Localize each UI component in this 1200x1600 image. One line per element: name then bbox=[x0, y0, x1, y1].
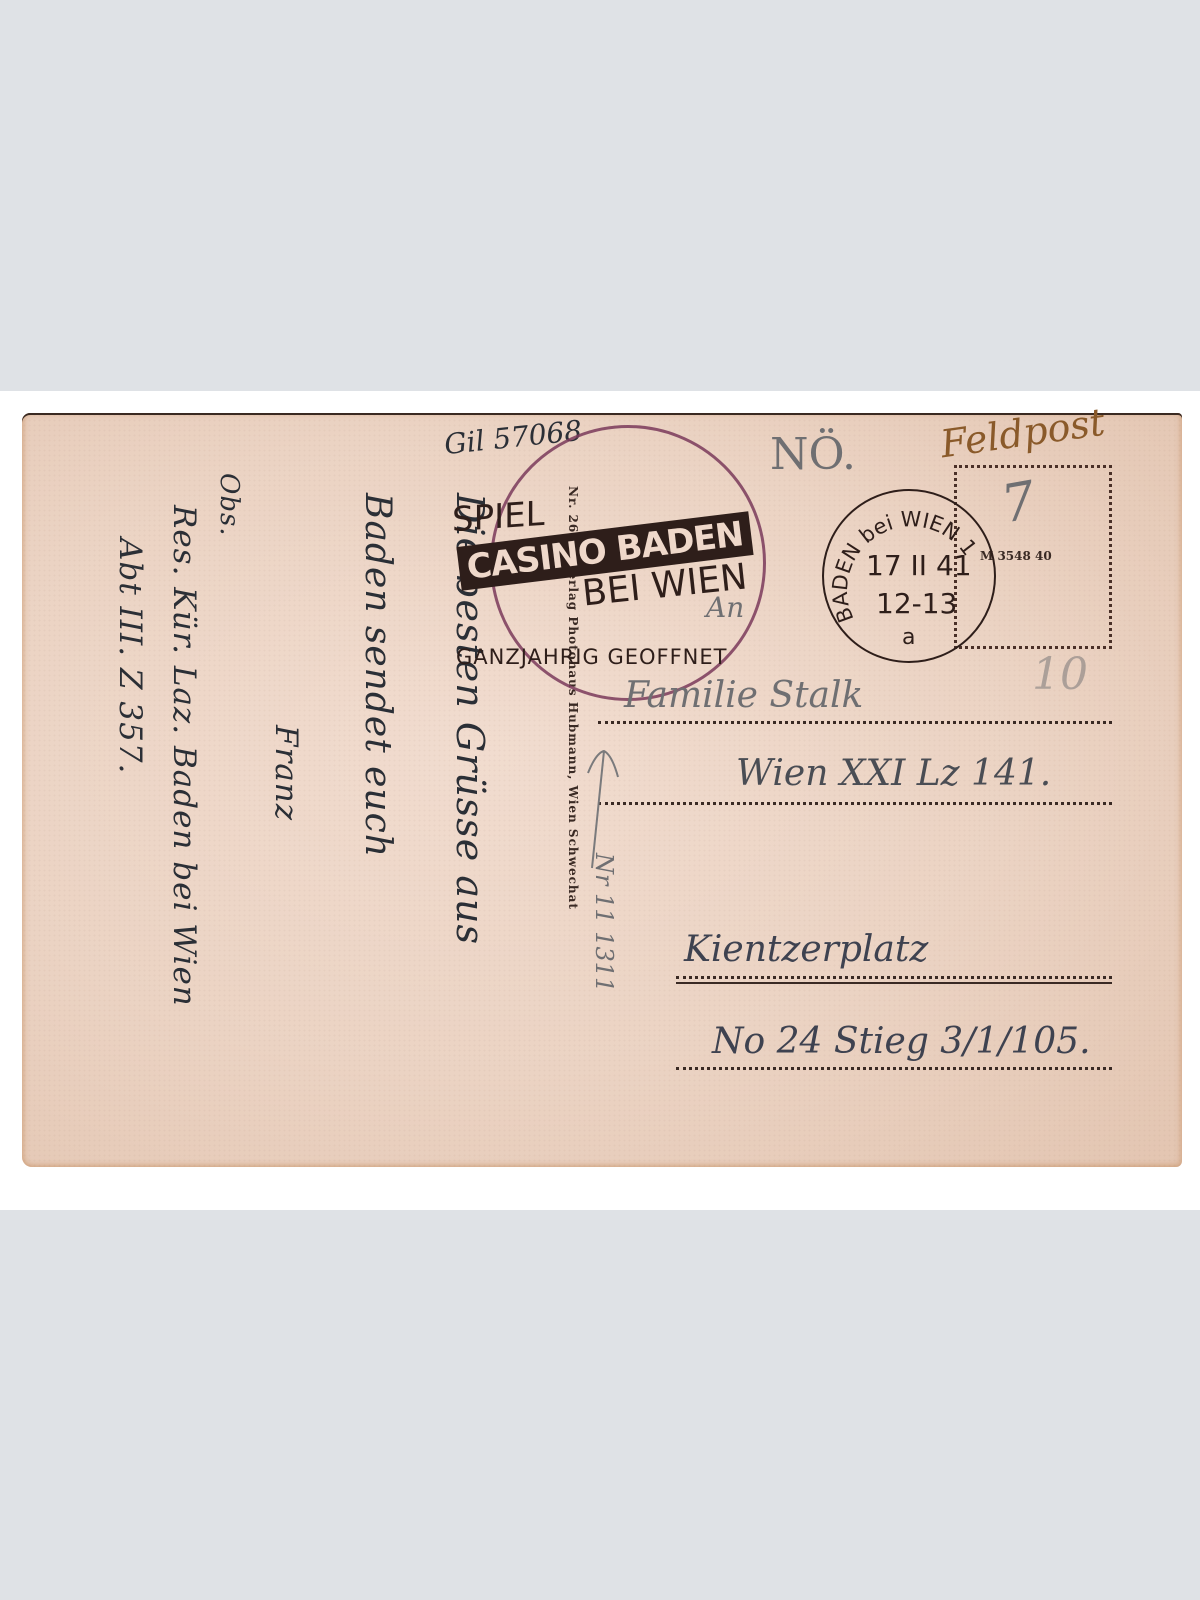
postmark-letter: a bbox=[902, 625, 915, 650]
pencil-mark: 10 bbox=[1032, 649, 1088, 700]
postmark-time: 12-13 bbox=[876, 587, 957, 620]
message-line-2: Baden sendet euch bbox=[357, 493, 398, 858]
message-signature: Franz bbox=[268, 725, 304, 821]
publisher-handwritten-number: Nr 11 1311 bbox=[590, 853, 618, 992]
address-rule-3-underline bbox=[676, 982, 1112, 984]
address-line-4: No 24 Stieg 3/1/105. bbox=[712, 1021, 1091, 1062]
postmark: BADEN bei WIEN 1 17 II 41 12-13 a bbox=[822, 489, 996, 663]
sender-line-1: Res. Kür. Laz. Baden bei Wien bbox=[166, 505, 202, 1007]
postcard: Obs. Res. Kür. Laz. Baden bei Wien Abt I… bbox=[22, 413, 1182, 1167]
address-rule-2 bbox=[598, 802, 1112, 805]
address-salutation: An bbox=[706, 591, 744, 624]
address-rule-3 bbox=[676, 976, 1112, 979]
route-note: NÖ. bbox=[770, 429, 856, 480]
slogan-open-all-year: GANZJAHRIG GEOFFNET bbox=[456, 645, 727, 669]
sender-prefix: Obs. bbox=[214, 473, 244, 537]
address-line-1: Familie Stalk bbox=[624, 675, 863, 716]
postmark-date: 17 II 41 bbox=[866, 549, 972, 582]
sender-line-2: Abt III. Z 357. bbox=[112, 538, 148, 774]
pencil-arrow-icon bbox=[584, 743, 624, 873]
address-line-3: Kientzerplatz bbox=[684, 929, 928, 970]
address-line-2: Wien XXI Lz 141. bbox=[736, 753, 1051, 794]
address-rule-4 bbox=[676, 1067, 1112, 1070]
slogan-spiel: SPIEL bbox=[452, 494, 545, 540]
address-rule-1 bbox=[598, 721, 1112, 724]
